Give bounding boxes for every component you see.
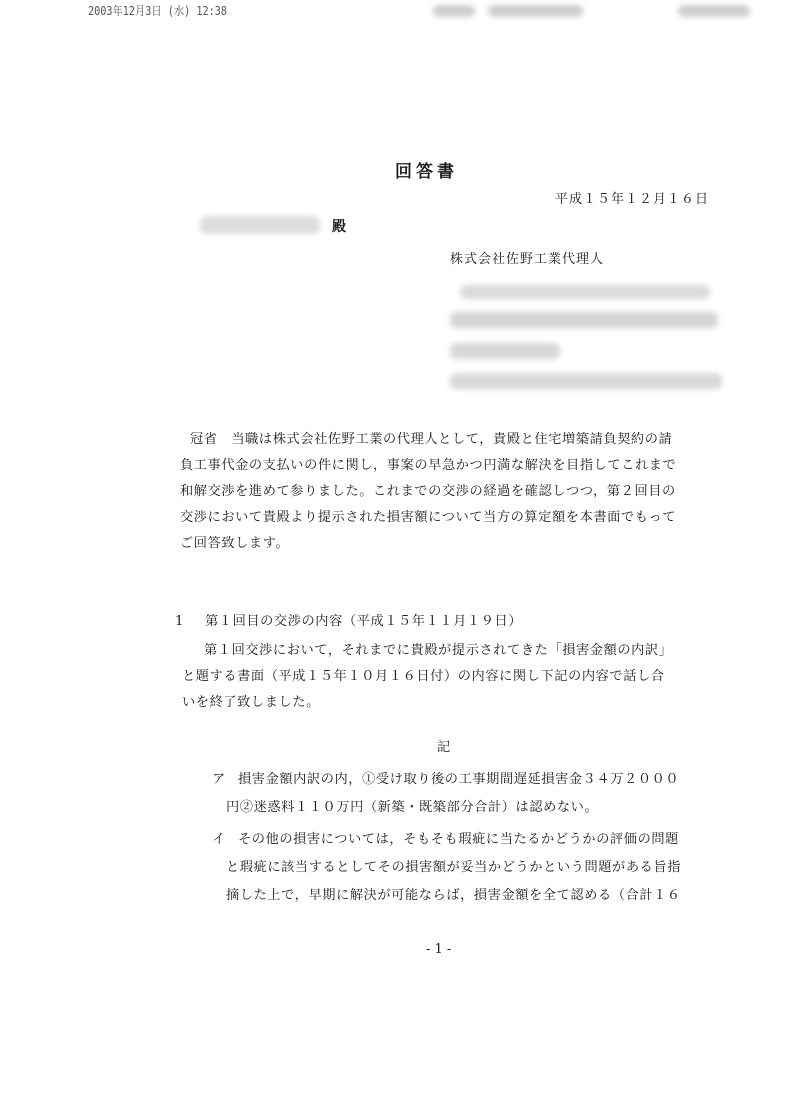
redacted-tel-fax xyxy=(450,373,722,389)
text-line: 円②迷惑料１１０万円（新築・既築部分合計）は認めない。 xyxy=(212,794,732,822)
list-item-i: イその他の損害については，そもそも瑕疵に当たるかどうかの評価の問題 と瑕疵に該当… xyxy=(212,826,732,910)
redacted-attorney-names xyxy=(460,285,710,299)
text-line: 冠省 当職は株式会社佐野工業の代理人として，貴殿と住宅増築請負契約の請 xyxy=(180,427,740,453)
text-line: ご回答致します。 xyxy=(180,531,740,557)
ki-label: 記 xyxy=(437,736,450,755)
intro-paragraph: 冠省 当職は株式会社佐野工業の代理人として，貴殿と住宅増築請負契約の請 負工事代… xyxy=(180,427,740,557)
item-mark: ア xyxy=(212,766,238,794)
text-line: 交渉において貴殿より提示された損害額について当方の算定額を本書面でもって xyxy=(180,505,740,531)
text-line: と題する書面（平成１５年１０月１６日付）の内容に関し下記の内容で話し合 xyxy=(182,664,742,690)
section-1-body: 第１回交渉において，それまでに貴殿が提示されてきた「損害金額の内訳」 と題する書… xyxy=(182,638,742,716)
section-1-heading: 1第１回目の交渉の内容（平成１５年１１月１９日） xyxy=(175,610,522,629)
text-line: 負工事代金の支払いの件に関し，事案の早急かつ円満な解決を目指してこれまで xyxy=(180,453,740,479)
document-title: 回答書 xyxy=(395,157,458,182)
list-item-a: ア損害金額内訳の内，①受け取り後の工事期間遅延損害金３４万２０００ 円②迷惑料１… xyxy=(212,766,732,822)
item-mark: イ xyxy=(212,826,238,854)
section-number: 1 xyxy=(175,614,205,629)
text-line: 損害金額内訳の内，①受け取り後の工事期間遅延損害金３４万２０００ xyxy=(238,772,679,787)
redacted-page-info xyxy=(678,5,750,17)
section-title: 第１回目の交渉の内容（平成１５年１１月１９日） xyxy=(205,614,522,629)
text-line: 和解交渉を進めて参りました。これまでの交渉の経過を確認しつつ，第２回目の xyxy=(180,479,740,505)
sender-organization: 株式会社佐野工業代理人 xyxy=(450,248,604,267)
text-line: その他の損害については，そもそも瑕疵に当たるかどうかの評価の問題 xyxy=(238,832,679,847)
redacted-fax-number xyxy=(488,5,583,17)
text-line: と瑕疵に該当するとしてその損害額が妥当かどうかという問題がある旨指 xyxy=(212,854,732,882)
redacted-address-line-2 xyxy=(450,343,560,359)
text-line: 第１回交渉において，それまでに貴殿が提示されてきた「損害金額の内訳」 xyxy=(182,638,742,664)
fax-timestamp: 2003年12月3日 (水) 12:38 xyxy=(88,2,227,19)
fax-header: 2003年12月3日 (水) 12:38 xyxy=(88,2,788,20)
redacted-addressee-name xyxy=(200,216,320,234)
text-line: いを終了致しました。 xyxy=(182,690,742,716)
text-line: 摘した上で，早期に解決が可能ならば，損害金額を全て認める（合計１６ xyxy=(212,882,732,910)
page-number: - 1 - xyxy=(426,942,451,957)
redacted-address-line-1 xyxy=(450,312,718,328)
honorific-suffix: 殿 xyxy=(332,216,346,236)
redacted-sender-name xyxy=(433,5,475,17)
document-date: 平成１５年１２月１６日 xyxy=(555,188,709,207)
